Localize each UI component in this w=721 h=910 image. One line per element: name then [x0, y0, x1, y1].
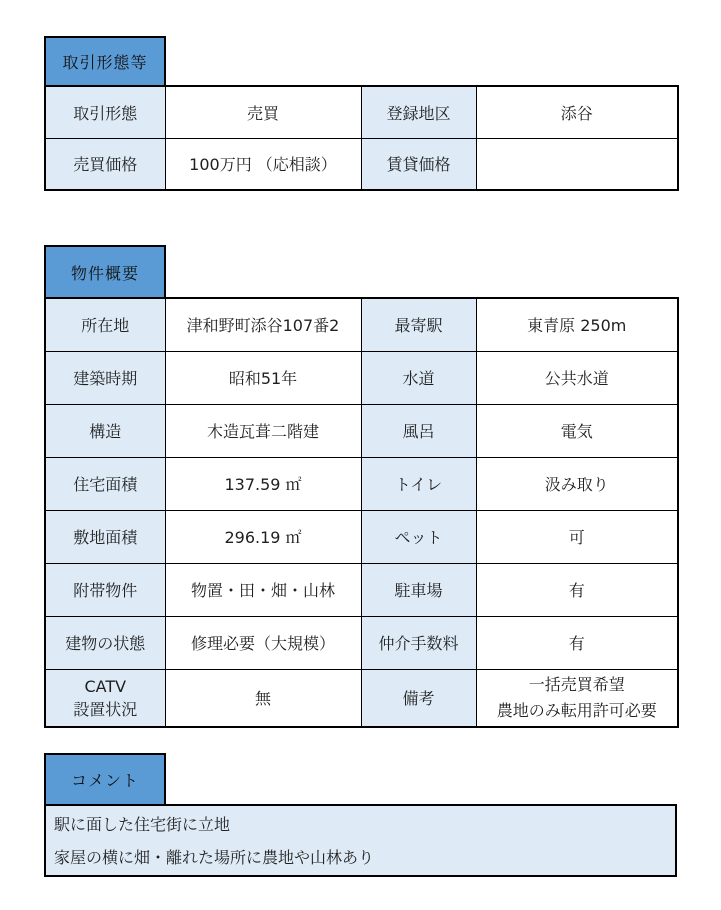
label-sale-price: 売買価格 [45, 138, 165, 190]
comment-line: 駅に面した住宅街に立地 [54, 808, 667, 841]
transaction-table: 取引形態 売買 登録地区 添谷 売買価格 100万円 （応相談） 賃貸価格 [44, 85, 679, 191]
table-row: 住宅面積 137.59 ㎡ トイレ 汲み取り [45, 457, 678, 510]
label-bath: 風呂 [361, 404, 476, 457]
label-address: 所在地 [45, 298, 165, 351]
section-comment: コメント 駅に面した住宅街に立地 家屋の横に畑・離れた場所に農地や山林あり [44, 753, 677, 877]
comment-line: 家屋の横に畑・離れた場所に農地や山林あり [54, 841, 667, 874]
label-catv-status: CATV 設置状況 [45, 669, 165, 727]
section-property-overview: 物件概要 所在地 津和野町添谷107番2 最寄駅 東青原 250m 建築時期 昭… [44, 245, 679, 728]
value-deal-type: 売買 [165, 86, 361, 138]
label-built-year: 建築時期 [45, 351, 165, 404]
label-land-area: 敷地面積 [45, 510, 165, 563]
section-header-comment: コメント [44, 753, 166, 804]
value-catv-status: 無 [165, 669, 361, 727]
value-sale-price: 100万円 （応相談） [165, 138, 361, 190]
label-structure: 構造 [45, 404, 165, 457]
table-row: 建物の状態 修理必要（大規模） 仲介手数料 有 [45, 616, 678, 669]
value-parking: 有 [476, 563, 678, 616]
value-house-area: 137.59 ㎡ [165, 457, 361, 510]
label-attached-property: 附帯物件 [45, 563, 165, 616]
label-building-condition: 建物の状態 [45, 616, 165, 669]
label-house-area: 住宅面積 [45, 457, 165, 510]
label-rent-price: 賃貸価格 [361, 138, 476, 190]
value-water-supply: 公共水道 [476, 351, 678, 404]
value-toilet: 汲み取り [476, 457, 678, 510]
section-transaction: 取引形態等 取引形態 売買 登録地区 添谷 売買価格 100万円 （応相談） 賃… [44, 36, 679, 191]
value-attached-property: 物置・田・畑・山林 [165, 563, 361, 616]
section-header-property-overview: 物件概要 [44, 245, 166, 297]
value-rent-price [476, 138, 678, 190]
label-brokerage-fee: 仲介手数料 [361, 616, 476, 669]
value-pets: 可 [476, 510, 678, 563]
table-row: 所在地 津和野町添谷107番2 最寄駅 東青原 250m [45, 298, 678, 351]
property-listing-sheet: 取引形態等 取引形態 売買 登録地区 添谷 売買価格 100万円 （応相談） 賃… [0, 0, 721, 910]
table-row: 取引形態 売買 登録地区 添谷 [45, 86, 678, 138]
label-water-supply: 水道 [361, 351, 476, 404]
section-header-transaction: 取引形態等 [44, 36, 166, 85]
table-row: 売買価格 100万円 （応相談） 賃貸価格 [45, 138, 678, 190]
value-nearest-station: 東青原 250m [476, 298, 678, 351]
value-address: 津和野町添谷107番2 [165, 298, 361, 351]
table-row: 附帯物件 物置・田・畑・山林 駐車場 有 [45, 563, 678, 616]
value-remarks: 一括売買希望 農地のみ転用許可必要 [476, 669, 678, 727]
label-nearest-station: 最寄駅 [361, 298, 476, 351]
table-row: 敷地面積 296.19 ㎡ ペット 可 [45, 510, 678, 563]
property-overview-table: 所在地 津和野町添谷107番2 最寄駅 東青原 250m 建築時期 昭和51年 … [44, 297, 679, 728]
value-built-year: 昭和51年 [165, 351, 361, 404]
table-row: 構造 木造瓦葺二階建 風呂 電気 [45, 404, 678, 457]
value-bath: 電気 [476, 404, 678, 457]
value-building-condition: 修理必要（大規模） [165, 616, 361, 669]
label-parking: 駐車場 [361, 563, 476, 616]
value-land-area: 296.19 ㎡ [165, 510, 361, 563]
table-row: 建築時期 昭和51年 水道 公共水道 [45, 351, 678, 404]
value-brokerage-fee: 有 [476, 616, 678, 669]
label-toilet: トイレ [361, 457, 476, 510]
label-remarks: 備考 [361, 669, 476, 727]
label-pets: ペット [361, 510, 476, 563]
value-structure: 木造瓦葺二階建 [165, 404, 361, 457]
table-row: CATV 設置状況 無 備考 一括売買希望 農地のみ転用許可必要 [45, 669, 678, 727]
value-registered-district: 添谷 [476, 86, 678, 138]
label-deal-type: 取引形態 [45, 86, 165, 138]
label-registered-district: 登録地区 [361, 86, 476, 138]
comment-box: 駅に面した住宅街に立地 家屋の横に畑・離れた場所に農地や山林あり [44, 804, 677, 877]
